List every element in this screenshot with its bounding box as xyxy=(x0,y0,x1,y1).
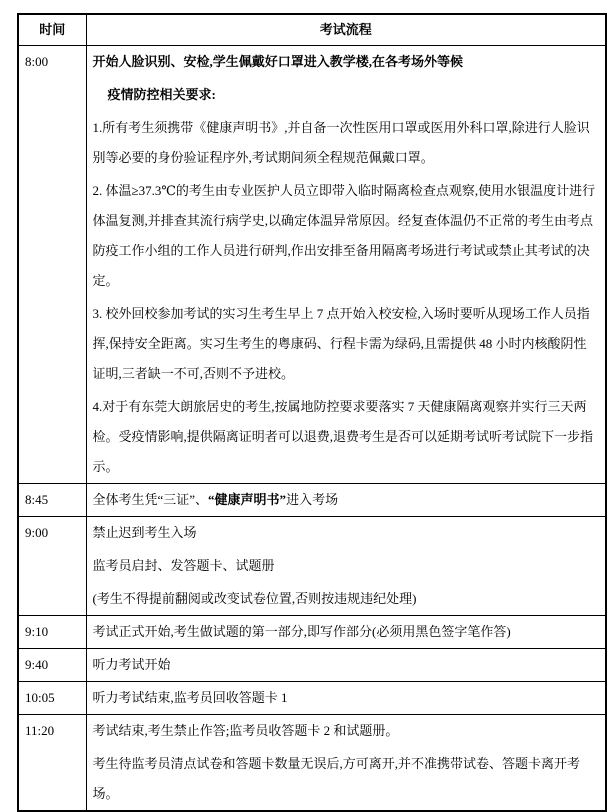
table-row: 9:40听力考试开始 xyxy=(18,649,606,682)
text: 听力考试结束,监考员回收答题卡 1 xyxy=(93,690,288,705)
process-paragraph: 听力考试开始 xyxy=(93,650,600,680)
bold-text: “健康声明书” xyxy=(208,492,286,507)
text: 禁止迟到考生入场 xyxy=(93,525,197,540)
time-cell: 8:00 xyxy=(18,46,86,484)
bold-text: 疫情防控相关要求: xyxy=(108,87,216,102)
header-row: 时间 考试流程 xyxy=(18,14,606,46)
process-paragraph: 考生待监考员清点试卷和答题卡数量无误后,方可离开,并不准携带试卷、答题卡离开考场… xyxy=(93,749,600,809)
process-paragraph: (考生不得提前翻阅或改变试卷位置,否则按违规违纪处理) xyxy=(93,584,600,614)
time-cell: 10:05 xyxy=(18,682,86,715)
text: 考生待监考员清点试卷和答题卡数量无误后,方可离开,并不准携带试卷、答题卡离开考场… xyxy=(93,756,581,801)
process-cell: 考试结束,考生禁止作答;监考员收答题卡 2 和试题册。考生待监考员清点试卷和答题… xyxy=(86,715,606,812)
process-cell: 听力考试结束,监考员回收答题卡 1 xyxy=(86,682,606,715)
process-cell: 考试正式开始,考生做试题的第一部分,即写作部分(必须用黑色签字笔作答) xyxy=(86,616,606,649)
process-paragraph: 听力考试结束,监考员回收答题卡 1 xyxy=(93,683,600,713)
text: 考试结束,考生禁止作答;监考员收答题卡 2 和试题册。 xyxy=(93,723,399,738)
table-row: 11:20考试结束,考生禁止作答;监考员收答题卡 2 和试题册。考生待监考员清点… xyxy=(18,715,606,812)
table-row: 8:00开始人脸识别、安检,学生佩戴好口罩进入教学楼,在各考场外等候疫情防控相关… xyxy=(18,46,606,484)
text: 1.所有考生须携带《健康声明书》,并自备一次性医用口罩或医用外科口罩,除进行人脸… xyxy=(93,120,590,165)
time-cell: 9:10 xyxy=(18,616,86,649)
process-paragraph: 禁止迟到考生入场 xyxy=(93,518,600,548)
process-paragraph: 考试结束,考生禁止作答;监考员收答题卡 2 和试题册。 xyxy=(93,716,600,746)
process-paragraph: 4.对于有东莞大朗旅居史的考生,按属地防控要求要落实 7 天健康隔离观察并实行三… xyxy=(93,392,600,482)
time-cell: 9:40 xyxy=(18,649,86,682)
table-row: 9:10考试正式开始,考生做试题的第一部分,即写作部分(必须用黑色签字笔作答) xyxy=(18,616,606,649)
text: 听力考试开始 xyxy=(93,657,171,672)
process-paragraph: 考试正式开始,考生做试题的第一部分,即写作部分(必须用黑色签字笔作答) xyxy=(93,617,600,647)
process-cell: 禁止迟到考生入场监考员启封、发答题卡、试题册(考生不得提前翻阅或改变试卷位置,否… xyxy=(86,517,606,616)
text: 进入考场 xyxy=(286,492,338,507)
time-cell: 11:20 xyxy=(18,715,86,812)
text: 监考员启封、发答题卡、试题册 xyxy=(93,558,275,573)
process-paragraph: 全体考生凭“三证”、“健康声明书”进入考场 xyxy=(93,485,600,515)
document-page: 时间 考试流程 8:00开始人脸识别、安检,学生佩戴好口罩进入教学楼,在各考场外… xyxy=(0,0,613,786)
time-cell: 9:00 xyxy=(18,517,86,616)
process-paragraph: 疫情防控相关要求: xyxy=(93,80,600,110)
text: 2. 体温≥37.3℃的考生由专业医护人员立即带入临时隔离检查点观察,使用水银温… xyxy=(93,183,596,288)
table-row: 10:05听力考试结束,监考员回收答题卡 1 xyxy=(18,682,606,715)
text: 3. 校外回校参加考试的实习生考生早上 7 点开始入校安检,入场时要听从现场工作… xyxy=(93,306,590,381)
text: 全体考生凭“三证”、 xyxy=(93,492,209,507)
process-paragraph: 3. 校外回校参加考试的实习生考生早上 7 点开始入校安检,入场时要听从现场工作… xyxy=(93,299,600,389)
header-process: 考试流程 xyxy=(86,14,606,46)
table-row: 9:00禁止迟到考生入场监考员启封、发答题卡、试题册(考生不得提前翻阅或改变试卷… xyxy=(18,517,606,616)
text: 4.对于有东莞大朗旅居史的考生,按属地防控要求要落实 7 天健康隔离观察并实行三… xyxy=(93,399,594,474)
process-cell: 听力考试开始 xyxy=(86,649,606,682)
schedule-body: 8:00开始人脸识别、安检,学生佩戴好口罩进入教学楼,在各考场外等候疫情防控相关… xyxy=(18,46,606,812)
time-cell: 8:45 xyxy=(18,484,86,517)
process-cell: 全体考生凭“三证”、“健康声明书”进入考场 xyxy=(86,484,606,517)
exam-schedule-table: 时间 考试流程 8:00开始人脸识别、安检,学生佩戴好口罩进入教学楼,在各考场外… xyxy=(17,13,607,812)
header-time: 时间 xyxy=(18,14,86,46)
bold-text: 开始人脸识别、安检,学生佩戴好口罩进入教学楼,在各考场外等候 xyxy=(93,54,464,69)
text: (考生不得提前翻阅或改变试卷位置,否则按违规违纪处理) xyxy=(93,591,417,606)
table-row: 8:45全体考生凭“三证”、“健康声明书”进入考场 xyxy=(18,484,606,517)
process-cell: 开始人脸识别、安检,学生佩戴好口罩进入教学楼,在各考场外等候疫情防控相关要求:1… xyxy=(86,46,606,484)
process-paragraph: 1.所有考生须携带《健康声明书》,并自备一次性医用口罩或医用外科口罩,除进行人脸… xyxy=(93,113,600,173)
process-paragraph: 监考员启封、发答题卡、试题册 xyxy=(93,551,600,581)
text: 考试正式开始,考生做试题的第一部分,即写作部分(必须用黑色签字笔作答) xyxy=(93,624,511,639)
process-paragraph: 开始人脸识别、安检,学生佩戴好口罩进入教学楼,在各考场外等候 xyxy=(93,47,600,77)
process-paragraph: 2. 体温≥37.3℃的考生由专业医护人员立即带入临时隔离检查点观察,使用水银温… xyxy=(93,176,600,296)
